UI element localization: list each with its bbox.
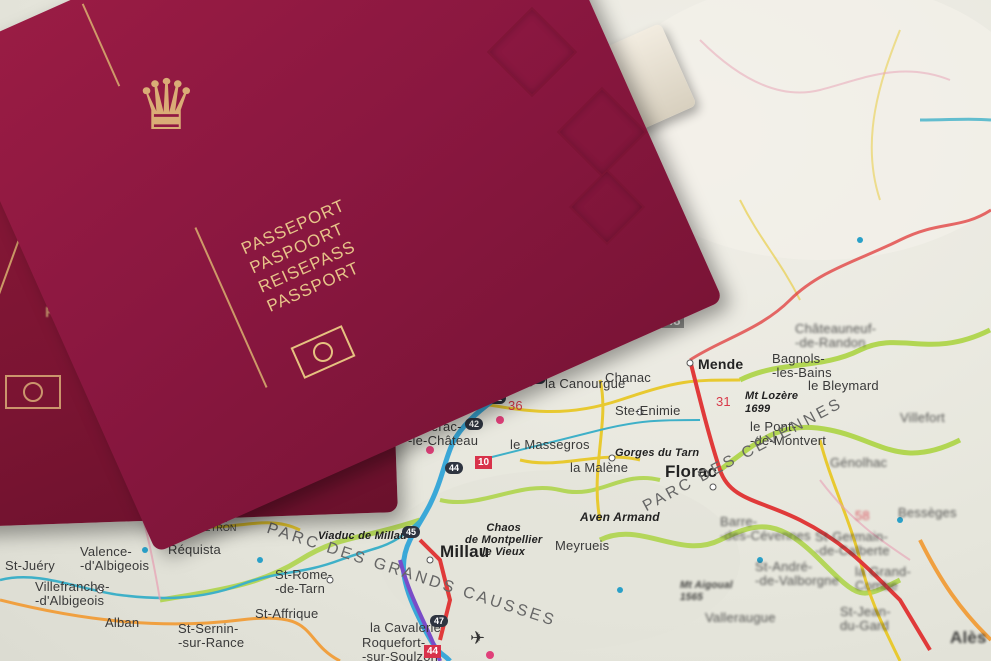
town-label: St-Affrique: [255, 606, 318, 621]
town-label: le Bleymard: [808, 378, 879, 393]
coat-of-arms-emblem: ♛: [135, 70, 198, 140]
motorway-exit-badge: 42: [465, 418, 483, 430]
distance-number: 36: [508, 398, 523, 413]
town-label: Génolhac: [830, 455, 887, 470]
town-label: Alès: [950, 628, 987, 648]
landmark-label: Gorges du Tarn: [615, 447, 699, 459]
town-label: St-Sernin- -sur-Rance: [178, 622, 244, 650]
landmark-label: Mt Lozère 1699: [745, 390, 798, 416]
town-label: Valence- -d'Albigeois: [80, 545, 149, 573]
town-label: Valleraugue: [705, 610, 776, 625]
town-label: la Grand- Combe: [855, 565, 911, 593]
town-label: la Malène: [570, 460, 628, 475]
distance-number: 58: [855, 508, 870, 523]
town-label: St-Germain- -de-Calberte: [815, 530, 890, 558]
town-label: Ste-Enimie: [615, 403, 681, 418]
distance-marker: 44: [424, 645, 441, 658]
town-label: Réquista: [168, 542, 221, 557]
landmark-label: Chaos de Montpellier le Vieux: [465, 522, 542, 558]
town-label: Villefranche- -d'Albigeois: [35, 580, 110, 608]
town-label: Mende: [698, 356, 743, 372]
motorway-exit-badge: 47: [430, 615, 448, 627]
town-label: Châteauneuf- -de-Randon: [795, 322, 876, 350]
motorway-exit-badge: 44: [445, 462, 463, 474]
motorway-exit-badge: 45: [402, 526, 420, 538]
distance-number: 31: [716, 394, 731, 409]
town-label: St-Jean- du-Gard: [840, 605, 891, 633]
town-label: Meyrueis: [555, 538, 609, 553]
town-label: Alban: [105, 615, 139, 630]
distance-marker: 10: [475, 456, 492, 469]
town-label: St-Rome- -de-Tarn: [275, 568, 332, 596]
town-label: Barre- -des-Cévennes: [720, 515, 811, 543]
landmark-label: Mt Aigoual 1565: [680, 580, 733, 604]
biometric-chip-icon: [5, 375, 61, 409]
town-label: Villefort: [900, 410, 945, 425]
town-label: le Massegros: [510, 437, 590, 452]
photo-scene: Mende Chanac la Canourgue Ste-Enimie Sév…: [0, 0, 991, 661]
town-label: St-Juéry: [5, 558, 55, 573]
airport-icon: ✈: [470, 628, 485, 649]
town-label: Bagnols- -les-Bains: [772, 352, 832, 380]
town-label: Bessèges: [898, 505, 957, 520]
town-label: la Canourgue: [545, 376, 625, 391]
town-label: St-André- -de-Valborgne: [755, 560, 839, 588]
